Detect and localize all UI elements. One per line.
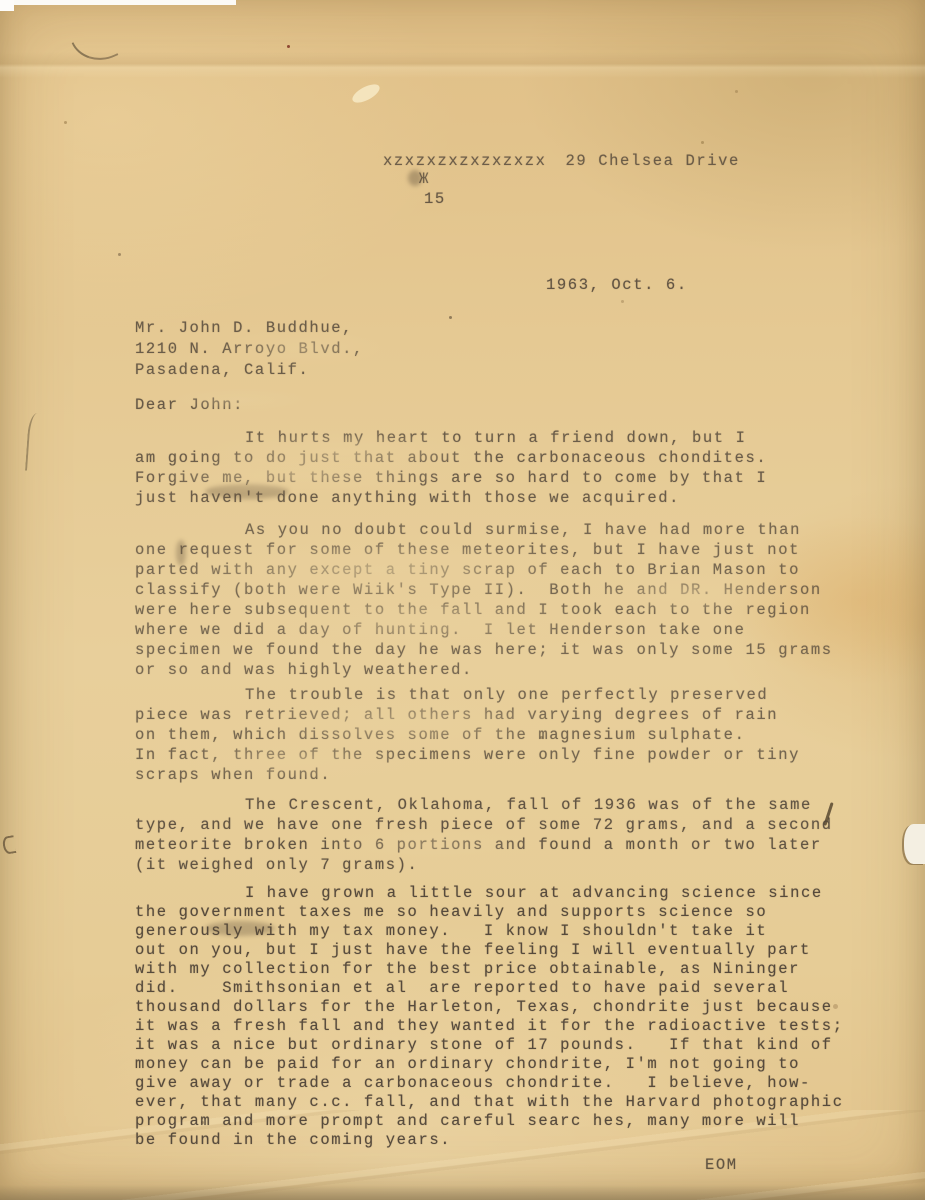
paragraph-3: The trouble is that only one perfectly p… [135, 685, 800, 785]
recipient-address: Mr. John D. Buddhue, 1210 N. Arroyo Blvd… [135, 318, 364, 381]
ink-smudge [408, 170, 422, 186]
typed-header: xzxzxzxzxzxzxzx 29 Chelsea Drive [383, 151, 740, 171]
eom-mark: EOM [705, 1155, 738, 1175]
typed-strikeout: xzxzxzxzxzxzxzx [383, 151, 547, 171]
ink-smudge [176, 540, 186, 566]
salutation: Dear John: [135, 395, 244, 415]
letter-sheet: xzxzxzxzxzxzxzx 29 Chelsea Drive Ж 15 19… [0, 0, 925, 1200]
paragraph-2: As you no doubt could surmise, I have ha… [135, 520, 833, 680]
page-number: 15 [424, 189, 446, 209]
paragraph-4: The Crescent, Oklahoma, fall of 1936 was… [135, 795, 833, 875]
return-address: 29 Chelsea Drive [566, 151, 740, 171]
letter-date: 1963, Oct. 6. [546, 275, 688, 295]
ink-smudge [205, 921, 275, 936]
ink-smudge [205, 484, 289, 499]
